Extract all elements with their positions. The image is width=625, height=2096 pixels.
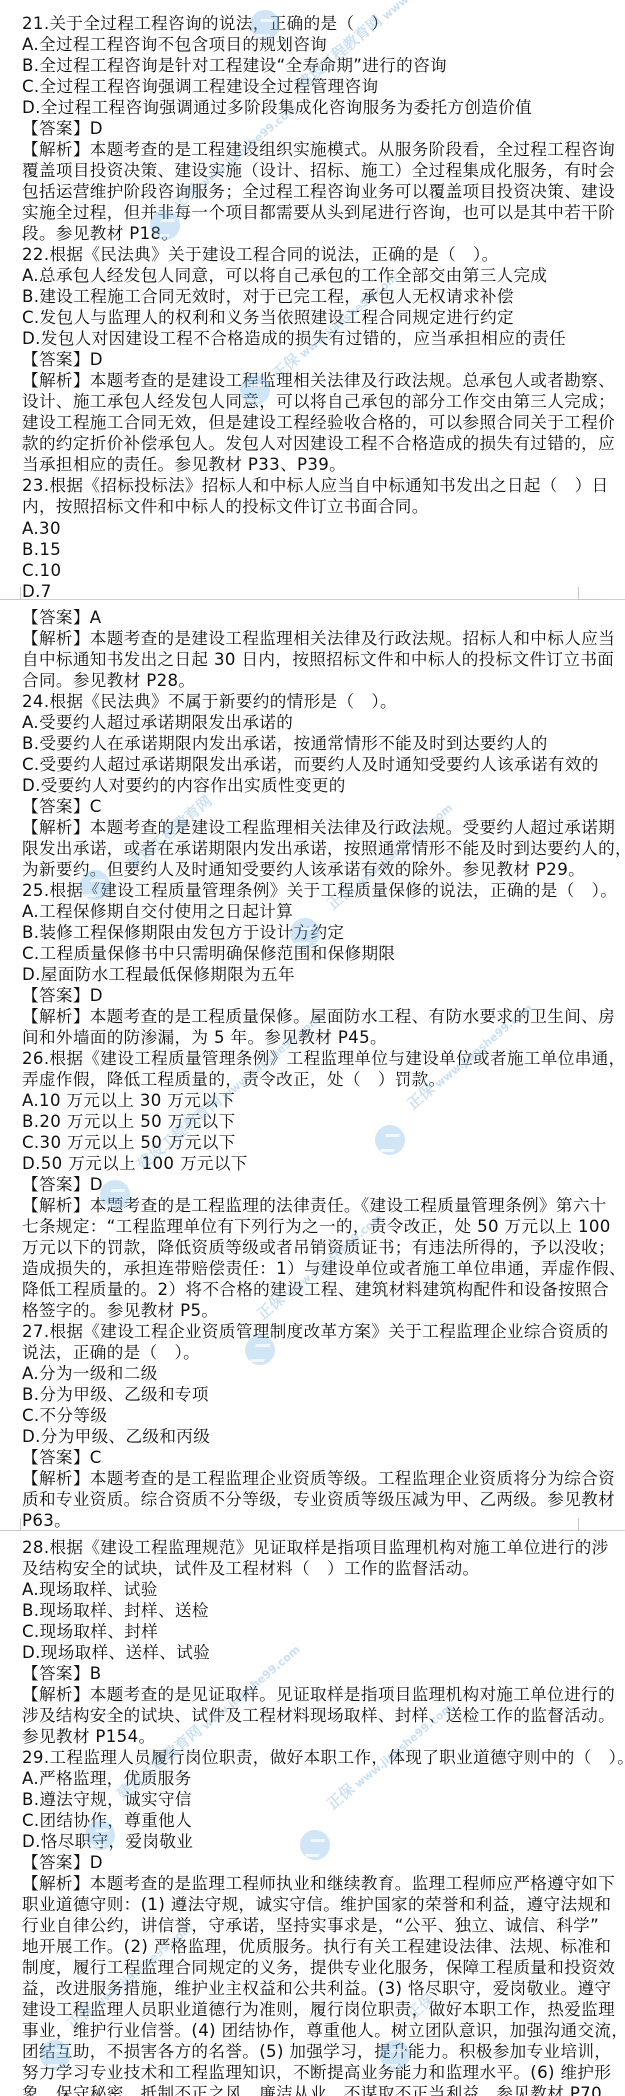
body-text-line: 团结互助，不损害各方的名誉。(5) 加强学习，提升能力。积极参加专业培训， — [22, 2041, 582, 2062]
explanation-text: 【解析】本题考查的是工程监理的法律责任。《建设工程质量管理条例》第六十 — [22, 1195, 582, 1216]
body-text-line: 包括运营维护阶段咨询服务；全过程工程咨询业务可以覆盖项目投资决策、建设 — [22, 181, 582, 202]
page-corner-mark — [578, 587, 601, 600]
body-text-line: 限发出承诺，或者在承诺期限内发出承诺，按照通常情形不能及时到达要约人的， — [22, 838, 582, 859]
body-text-line: 造成损失的，承担连带赔偿责任：1）与建设单位或者施工单位串通，弄虚作假、 — [22, 1258, 582, 1279]
answer-option: A.受要约人超过承诺期限发出承诺的 — [22, 712, 582, 733]
explanation-text: 【解析】本题考查的是监理工程师执业和继续教育。监理工程师应严格遵守如下 — [22, 1873, 582, 1894]
question-stem: 22.根据《民法典》关于建设工程合同的说法，正确的是（ ）。 — [22, 244, 582, 265]
answer-option: D.全过程工程咨询强调通过多阶段集成化咨询服务为委托方创造价值 — [22, 97, 582, 118]
answer-key: 【答案】B — [22, 1663, 582, 1684]
body-text-line: 质和专业资质。综合资质不分等级，专业资质等级压减为甲、乙两级。参见教材 — [22, 1489, 582, 1510]
body-text-line: 事业，维护行业信誉。(4) 团结协作，尊重他人。树立团队意识，加强沟通交流， — [22, 2020, 582, 2041]
body-text-line: 说法，正确的是（ ）。 — [22, 1342, 582, 1363]
explanation-text: 【解析】本题考查的是工程监理企业资质等级。工程监理企业资质将分为综合资 — [22, 1468, 582, 1489]
body-text-line: 段。参见教材 P18。 — [22, 223, 582, 244]
body-text-line: 间和外墙面的防渗漏，为 5 年。参见教材 P45。 — [22, 1027, 582, 1048]
body-text-line: 合同。参见教材 P28。 — [22, 670, 582, 691]
answer-option: B.全过程工程咨询是针对工程建设“全寿命期”进行的咨询 — [22, 55, 582, 76]
body-text-line: 设计、施工承包人经发包人同意，可以将自己承包的部分工作交由第三人完成； — [22, 391, 582, 412]
body-text-line: 款的约定折价补偿承包人。发包人对因建设工程不合格造成的损失有过错的，应 — [22, 433, 582, 454]
body-text-line: 地开展工作。(2) 严格监理，优质服务。执行有关工程建设法律、法规、标准和 — [22, 1936, 582, 1957]
answer-option: B.受要约人在承诺期限内发出承诺，按通常情形不能及时到达要约人的 — [22, 733, 582, 754]
body-text-line: 象，保守秘密。抵制不正之风，廉洁从业，不谋取不正当利益。参见教材 P70。 — [22, 2083, 582, 2096]
answer-key: 【答案】C — [22, 796, 582, 817]
page-break-1 — [0, 599, 625, 600]
answer-option: A.全过程工程咨询不包含项目的规划咨询 — [22, 34, 582, 55]
body-text-line: 及结构安全的试块，试件及工程材料（ ）工作的监督活动。 — [22, 1558, 582, 1579]
explanation-text: 【解析】本题考查的是建设工程监理相关法律及行政法规。招标人和中标人应当 — [22, 628, 582, 649]
question-stem: 29.工程监理人员履行岗位职责，做好本职工作，体现了职业道德守则中的（ ）。 — [22, 1747, 582, 1768]
answer-option: A.工程保修期自交付使用之日起计算 — [22, 901, 582, 922]
body-text-line: 参见教材 P154。 — [22, 1726, 582, 1747]
answer-option: A.总承包人经发包人同意，可以将自己承包的工作全部交由第三人完成 — [22, 265, 582, 286]
answer-option: C.团结协作，尊重他人 — [22, 1810, 582, 1831]
answer-key: 【答案】A — [22, 607, 582, 628]
answer-option: C.受要约人超过承诺期限发出承诺，而要约人及时通知受要约人该承诺有效的 — [22, 754, 582, 775]
page-corner-mark — [0, 1518, 21, 1531]
answer-option: A.分为一级和二级 — [22, 1363, 582, 1384]
body-text-line: 格签字的。参见教材 P5。 — [22, 1300, 582, 1321]
answer-key: 【答案】D — [22, 1852, 582, 1873]
answer-option: B.建设工程施工合同无效时，对于已完工程，承包人无权请求补偿 — [22, 286, 582, 307]
question-stem: 26.根据《建设工程质量管理条例》工程监理单位与建设单位或者施工单位串通， — [22, 1048, 582, 1069]
answer-key: 【答案】D — [22, 985, 582, 1006]
answer-key: 【答案】D — [22, 118, 582, 139]
answer-option: D.发包人对因建设工程不合格造成的损失有过错的，应当承担相应的责任 — [22, 328, 582, 349]
body-text-line: P63。 — [22, 1510, 582, 1531]
question-stem: 27.根据《建设工程企业资质管理制度改革方案》关于工程监理企业综合资质的 — [22, 1321, 582, 1342]
question-stem: 28.根据《建设工程监理规范》见证取样是指项目监理机构对施工单位进行的涉 — [22, 1537, 582, 1558]
answer-option: B.遵法守规，诚实守信 — [22, 1789, 582, 1810]
answer-option: C.发包人与监理人的权利和义务当依照建设工程合同规定进行约定 — [22, 307, 582, 328]
page-break-2 — [0, 1530, 625, 1531]
body-text-line: 七条规定：“工程监理单位有下列行为之一的，责令改正，处 50 万元以上 100 — [22, 1216, 582, 1237]
answer-option: D.50 万元以上 100 万元以下 — [22, 1153, 582, 1174]
body-text-line: 实施全过程，但并非每一个项目都需要从头到尾进行咨询，也可以是其中若干阶 — [22, 202, 582, 223]
answer-option: D.恪尽职守，爱岗敬业 — [22, 1831, 582, 1852]
body-text-line: 当承担相应的责任。参见教材 P33、P39。 — [22, 454, 582, 475]
answer-option: C.全过程工程咨询强调工程建设全过程管理咨询 — [22, 76, 582, 97]
answer-option: D.屋面防水工程最低保修期限为五年 — [22, 964, 582, 985]
body-text-line: 内，按照招标文件和中标人的投标文件订立书面合同。 — [22, 496, 582, 517]
answer-option: C.10 — [22, 560, 582, 581]
body-text-line: 涉及结构安全的试块、试件及工程材料现场取样、封样、送检工作的监督活动。 — [22, 1705, 582, 1726]
body-text-line: 万元以下的罚款，降低资质等级或者吊销资质证书；有违法所得的，予以没收； — [22, 1237, 582, 1258]
answer-option: A.严格监理，优质服务 — [22, 1768, 582, 1789]
body-text-line: 为新要约。但要约人及时通知受要约人该承诺有效的除外。参见教材 P29。 — [22, 859, 582, 880]
body-text-line: 建设工程施工合同无效，但是建设工程经验收合格的，可以参照合同关于工程价 — [22, 412, 582, 433]
body-text-line: 建设工程监理人员职业道德行为准则，履行岗位职责，做好本职工作，热爱监理 — [22, 1999, 582, 2020]
answer-key: 【答案】C — [22, 1447, 582, 1468]
answer-option: B.装修工程保修期限由发包方于设计方约定 — [22, 922, 582, 943]
explanation-text: 【解析】本题考查的是工程质量保修。屋面防水工程、有防水要求的卫生间、房 — [22, 1006, 582, 1027]
explanation-text: 【解析】本题考查的是建设工程监理相关法律及行政法规。受要约人超过承诺期 — [22, 817, 582, 838]
question-stem: 24.根据《民法典》不属于新要约的情形是（ ）。 — [22, 691, 582, 712]
body-text-line: 制度，履行工程监理合同规定的义务，提供专业化服务，保障工程质量和投资效 — [22, 1957, 582, 1978]
body-text-line: 降低工程质量的。2）将不合格的建设工程、建筑材料建筑构配件和设备按照合 — [22, 1279, 582, 1300]
answer-option: A.10 万元以上 30 万元以下 — [22, 1090, 582, 1111]
answer-key: 【答案】D — [22, 349, 582, 370]
answer-option: C.工程质量保修书中只需明确保修范围和保修期限 — [22, 943, 582, 964]
body-text-line: 职业道德守则：(1) 遵法守规，诚实守信。维护国家的荣誉和利益，遵守法规和 — [22, 1894, 582, 1915]
answer-option: D.受要约人对要约的内容作出实质性变更的 — [22, 775, 582, 796]
explanation-text: 【解析】本题考查的是建设工程监理相关法律及行政法规。总承包人或者勘察、 — [22, 370, 582, 391]
answer-key: 【答案】D — [22, 1174, 582, 1195]
answer-option: B.分为甲级、乙级和专项 — [22, 1384, 582, 1405]
body-text-line: 覆盖项目投资决策、建设实施（设计、招标、施工）全过程集成化服务，有时会 — [22, 160, 582, 181]
answer-option: C.30 万元以上 50 万元以下 — [22, 1132, 582, 1153]
answer-option: A.现场取样、试验 — [22, 1579, 582, 1600]
question-stem: 25.根据《建设工程质量管理条例》关于工程质量保修的说法，正确的是（ ）。 — [22, 880, 582, 901]
answer-option: B.20 万元以上 50 万元以下 — [22, 1111, 582, 1132]
answer-option: C.不分等级 — [22, 1405, 582, 1426]
question-stem: 23.根据《招标投标法》招标人和中标人应当自中标通知书发出之日起（ ）日 — [22, 475, 582, 496]
answer-option: D.现场取样、送样、试验 — [22, 1642, 582, 1663]
body-text-line: 努力学习专业技术和工程监理知识，不断提高业务能力和监理水平。(6) 维护形 — [22, 2062, 582, 2083]
answer-option: B.15 — [22, 539, 582, 560]
answer-option: A.30 — [22, 518, 582, 539]
body-text-line: 行业自律公约，讲信誉，守承诺，坚持实事求是，“公平、独立、诚信、科学” — [22, 1915, 582, 1936]
explanation-text: 【解析】本题考查的是工程建设组织实施模式。从服务阶段看，全过程工程咨询 — [22, 139, 582, 160]
body-text-line: 弄虚作假，降低工程质量的，责令改正，处（ ）罚款。 — [22, 1069, 582, 1090]
page-corner-mark — [578, 1518, 601, 1531]
answer-option: B.现场取样、封样、送检 — [22, 1600, 582, 1621]
body-text-line: 自中标通知书发出之日起 30 日内，按照招标文件和中标人的投标文件订立书面 — [22, 649, 582, 670]
explanation-text: 【解析】本题考查的是见证取样。见证取样是指项目监理机构对施工单位进行的 — [22, 1684, 582, 1705]
question-stem: 21.关于全过程工程咨询的说法，正确的是（ ） — [22, 13, 582, 34]
answer-option: C.现场取样、封样 — [22, 1621, 582, 1642]
body-text-line: 益，改进服务措施，维护业主权益和公共利益。(3) 恪尽职守，爱岗敬业。遵守 — [22, 1978, 582, 1999]
answer-option: D.分为甲级、乙级和丙级 — [22, 1426, 582, 1447]
page-corner-mark — [0, 587, 21, 600]
